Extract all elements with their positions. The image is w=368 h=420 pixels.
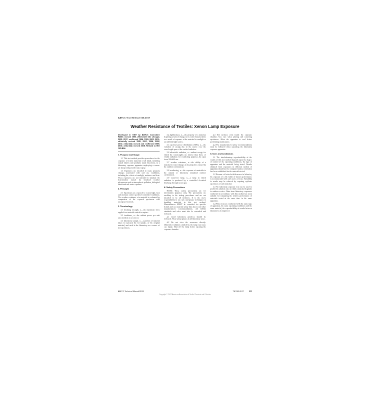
section-heading: 4. Safety Precautions (164, 187, 206, 189)
paragraph: 3.9 xenon-arc lamp, n.—a lamp in which r… (164, 177, 206, 184)
paragraph: 4.1 Good laboratory practices should be … (164, 216, 206, 221)
section-heading: 5. Uses and Limitations (210, 153, 252, 155)
text-column-1: Developed in 1987 by AATCC Committee RA5… (118, 134, 160, 287)
copyright-line: Copyright © 2017 American Association of… (118, 294, 252, 296)
section-heading: 1. Purpose and Scope (118, 154, 160, 156)
paragraph: 2.1 Specimens are exposed to xenon light… (118, 192, 160, 204)
footer-right-group: TM 169-2017 311 (233, 291, 252, 293)
footer-manual-label: AATCC Technical Manual/2018 (118, 291, 144, 293)
paragraph: 3.8 weathering, n.—the exposure of mater… (164, 170, 206, 177)
body-columns: Developed in 1987 by AATCC Committee RA5… (118, 134, 252, 287)
paragraph: 3.1 breaking strength, n.—the maximum fo… (118, 209, 160, 214)
document-title: Weather Resistance of Textiles: Xenon La… (118, 124, 252, 129)
paragraph: 3.6 ultraviolet radiation, n.—radiant en… (164, 152, 206, 161)
developer-note: Developed in 1987 by AATCC Committee RA5… (118, 134, 160, 150)
paragraph: 5.1 The interlaboratory reproducibility … (210, 157, 252, 173)
section-heading: 3. Terminology (118, 206, 160, 208)
paragraph: 3.7 weather resistance, n.—the ability o… (164, 162, 206, 169)
text-column-2: 3.4 lightfastness, n.—the property of a … (164, 134, 206, 287)
paragraph: 3.2 irradiance, n.—the radiant power per… (118, 215, 160, 220)
paragraph: 1.1 This test method provides procedures… (118, 158, 160, 170)
text-column-3: 4.3 Hot surfaces exist inside the exposu… (210, 134, 252, 287)
footer-method-id: TM 169-2017 (233, 291, 244, 293)
paragraph: 3.4 lightfastness, n.—the property of a … (164, 134, 206, 143)
paragraph: 4.3 Hot surfaces exist inside the exposu… (210, 134, 252, 143)
paragraph: 5.3 No laboratory exposure test can be u… (210, 186, 252, 202)
paragraph: 1.2 Exposures are intended to cause prop… (118, 170, 160, 186)
section-heading: 2. Principle (118, 188, 160, 190)
paragraph: 4.4 The manufacturer's safety recommenda… (210, 144, 252, 151)
paragraph: 4.2 Do not view the xenon-arc directly. … (164, 222, 206, 231)
paragraph: 5.4 When tests are conducted with the sa… (210, 203, 252, 212)
page-canvas: AATCC Test Method 169-2017 Weather Resis… (0, 0, 368, 420)
paragraph: NOTE: These safety precautions are for i… (164, 190, 206, 215)
paragraph: 3.5 spectral power distribution (SPD), n… (164, 144, 206, 151)
paragraph: 5.2 Because of lot-to-lot differences in… (210, 174, 252, 186)
footer-page-number: 311 (249, 291, 252, 293)
page-footer: AATCC Technical Manual/2018 TM 169-2017 … (118, 291, 252, 293)
method-number-header: AATCC Test Method 169-2017 (118, 117, 252, 119)
paragraph: 3.3 laboratory sample, n.—a portion of m… (118, 220, 160, 229)
document-page: AATCC Test Method 169-2017 Weather Resis… (118, 117, 252, 307)
